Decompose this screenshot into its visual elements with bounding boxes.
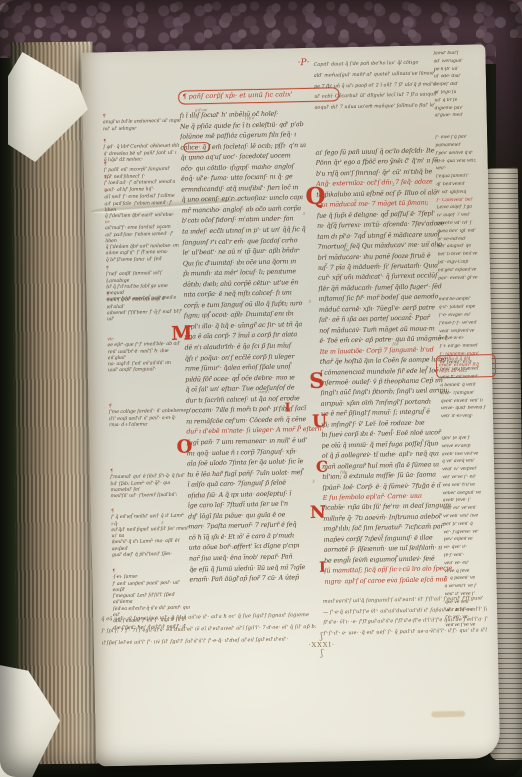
manuscript-page: ¶ pañſ corp̃ſ xp̃ı· et uınū ſıc calıx' ·…: [81, 44, 500, 766]
margin-doodles: ʒʒʒʒʒʒʒ: [81, 44, 500, 766]
margin-doodle-icon: ʒ: [303, 210, 305, 215]
margin-doodle-icon: ʒ: [159, 226, 161, 231]
margin-doodle-icon: ʒ: [309, 298, 311, 303]
margin-doodle-icon: ʒ: [312, 478, 314, 483]
margin-doodle-icon: ʒ: [392, 181, 394, 186]
faint-ink-smudge: [431, 711, 465, 718]
margin-doodle-icon: ʒ: [161, 519, 163, 524]
margin-doodle-icon: ʒ: [153, 141, 155, 146]
